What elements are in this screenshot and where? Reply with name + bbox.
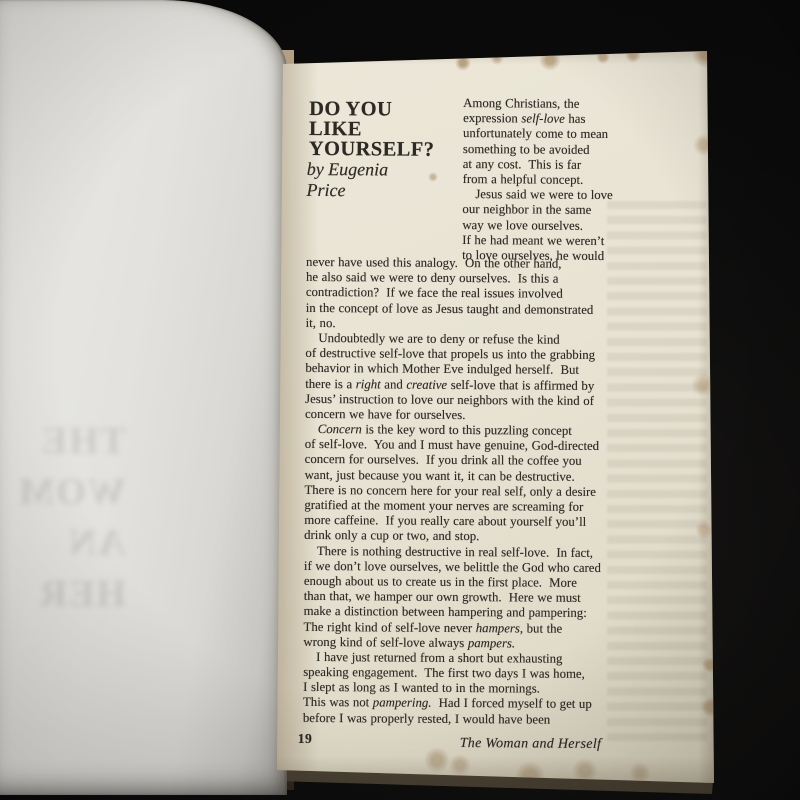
text-line: at any cost. This is far (463, 157, 613, 173)
text-line: AN (0, 518, 126, 569)
body-text: never have used this analogy. On the oth… (303, 255, 603, 728)
text-line: Jesus said we were to love (463, 187, 613, 203)
intro-column: Among Christians, theexpression self-lov… (462, 96, 613, 264)
text-line: Price (307, 179, 389, 200)
text-line: by Eugenia (307, 159, 389, 180)
book-page: DO YOULIKEYOURSELF? by EugeniaPrice Amon… (277, 51, 714, 784)
text-line: unfortunately come to mean (463, 126, 613, 142)
text-line: something to be avoided (463, 142, 613, 158)
text-line: DO YOU (309, 99, 435, 120)
article-title: DO YOULIKEYOURSELF? (309, 99, 435, 160)
showthrough-text: THEWOMANHER (0, 416, 126, 620)
text-line: WOM (0, 467, 126, 518)
text-line: before I was properly rested, I would ha… (303, 711, 600, 728)
article-byline: by EugeniaPrice (307, 159, 389, 201)
text-line: HER (0, 569, 126, 620)
text-line: way we love ourselves. (462, 218, 612, 234)
running-title: The Woman and Herself (460, 736, 602, 753)
text-line: YOURSELF? (309, 139, 435, 160)
text-line: If he had meant we weren’t (462, 233, 612, 249)
left-page: THEWOMANHER (0, 0, 287, 795)
text-line: our neighbor in the same (462, 202, 612, 218)
text-line: from a helpful concept. (463, 172, 613, 188)
page-number: 19 (298, 731, 313, 747)
text-line: in the concept of love as Jesus taught a… (306, 300, 603, 317)
book-photo: { "colors": { "background": "#0b0b0b", "… (0, 0, 800, 800)
text-line: expression self-love has (463, 111, 613, 127)
text-line: LIKE (309, 119, 435, 140)
page-content: DO YOULIKEYOURSELF? by EugeniaPrice Amon… (272, 51, 714, 787)
text-line: THE (0, 416, 126, 467)
text-line: Among Christians, the (463, 96, 613, 112)
